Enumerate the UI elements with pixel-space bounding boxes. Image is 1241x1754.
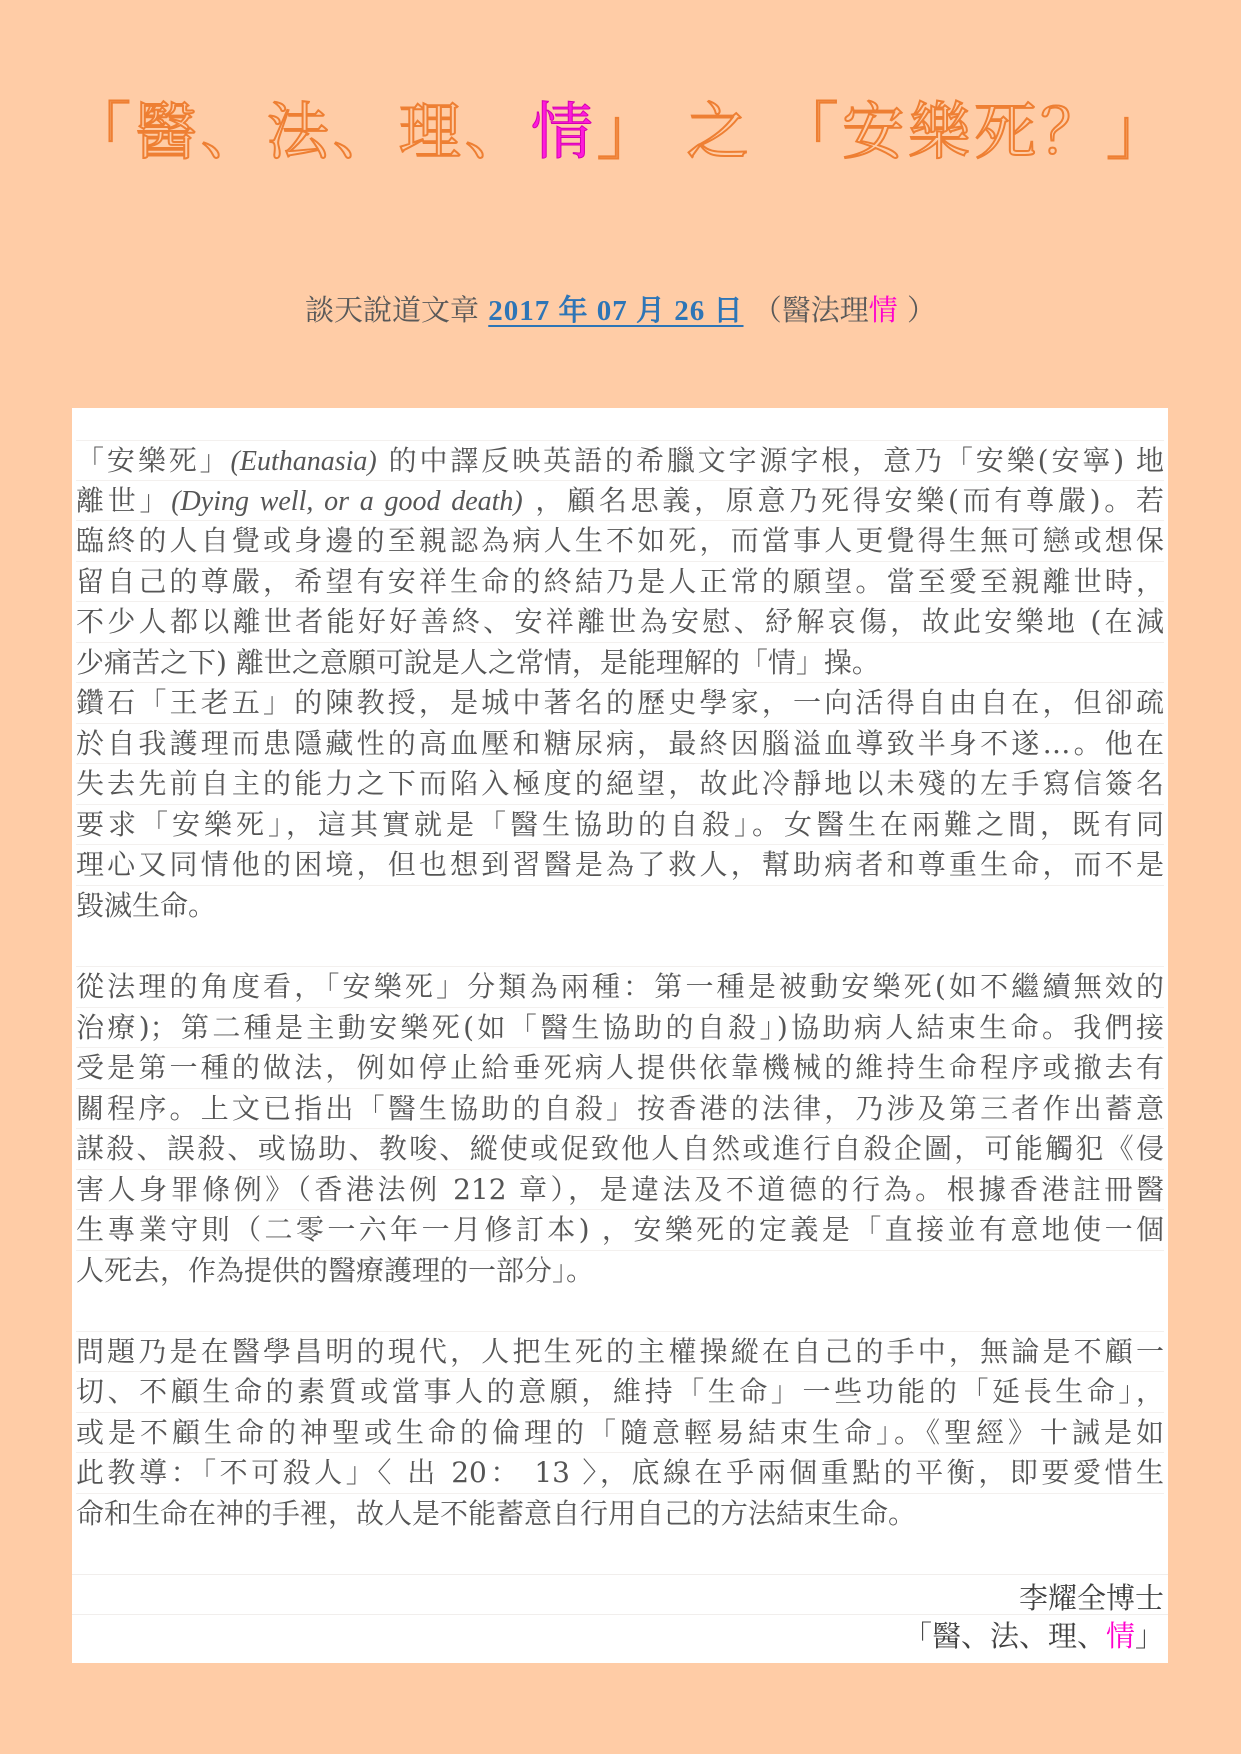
title-open-bracket: 「 [69, 95, 135, 168]
paragraph-3-line: 害人身罪條例》（香港法例 212 章），是違法及不道德的行為。根據香港註冊醫 [76, 1169, 1164, 1209]
paragraph-2-line: 於自我護理而患隱藏性的高血壓和糖尿病，最終因腦溢血導致半身不遂…。他在 [76, 723, 1164, 763]
divider [72, 1614, 1168, 1615]
paragraph-4-line: 或是不顧生命的神聖或生命的倫理的「隨意輕易結束生命」。《聖經》十誡是如 [76, 1412, 1164, 1452]
paragraph-1-line: 臨終的人自覺或身邊的至親認為病人生不如死，而當事人更覺得生無可戀或想保 [76, 520, 1164, 560]
paragraph-3-line: 謀殺、誤殺、或協助、教唆、縱使或促致他人自然或進行自殺企圖，可能觸犯《侵 [76, 1128, 1164, 1168]
paragraph-1-line: 「安樂死」(Euthanasia) 的中譯反映英語的希臘文字源字根，意乃「安樂(… [76, 440, 1164, 480]
paragraph-1-line: 少痛苦之下) 離世之意願可說是人之常情，是能理解的「情」操。 [76, 642, 1164, 682]
paragraph-4-line: 問題乃是在醫學昌明的現代，人把生死的主權操縱在自己的手中，無論是不顧一 [76, 1331, 1164, 1371]
paragraph-3-line: 生專業守則（二零一六年一月修訂本) ，安樂死的定義是「直接並有意地使一個 [76, 1209, 1164, 1249]
paragraph-1-line: 留自己的尊嚴，希望有安祥生命的終結乃是人正常的願望。當至愛至親離世時， [76, 561, 1164, 601]
paragraph-4-line: 切、不顧生命的素質或當事人的意願，維持「生命」一些功能的「延長生命」， [76, 1371, 1164, 1411]
paragraph-3-line: 人死去，作為提供的醫療護理的一部分」。 [76, 1250, 1164, 1290]
title-topic: 「安樂死？」 [776, 95, 1172, 168]
title-separator: 、 [465, 95, 531, 168]
paragraph-1-line: 不少人都以離世者能好好善終、安祥離世為安慰、紓解哀傷，故此安樂地 (在減 [76, 601, 1164, 641]
paragraph-2-line: 毀滅生命。 [76, 885, 1164, 925]
paragraph-1-line: 離世」(Dying well, or a good death) ，顧名思義，原… [76, 480, 1164, 520]
series-tag-highlight: 情 [1106, 1619, 1135, 1653]
article-subtitle: 談天說道文章 2017 年 07 月 26 日 （醫法理情 ） [0, 290, 1241, 331]
title-separator: 、 [201, 95, 267, 168]
paragraph-3-line: 從法理的角度看，「安樂死」分類為兩種：第一種是被動安樂死(如不繼續無效的 [76, 966, 1164, 1006]
paragraph-4-line: 命和生命在神的手裡，故人是不能蓄意自行用自己的方法結束生命。 [76, 1493, 1164, 1533]
paragraph-2-line: 要求「安樂死」，這其實就是「醫生協助的自殺」。女醫生在兩難之間，既有同 [76, 804, 1164, 844]
divider [72, 1574, 1168, 1575]
title-word-reason: 理 [399, 95, 465, 168]
article-title: 「醫、法、理、情」 之 「安樂死？」 [0, 92, 1241, 172]
title-word-medicine: 醫 [135, 95, 201, 168]
title-word-emotion: 情 [531, 95, 597, 168]
series-label-highlight: 情 [869, 293, 898, 327]
paragraph-4-line: 此教導：「不可殺人」〈 出 20： 13 〉，底線在乎兩個重點的平衡，即要愛惜生 [76, 1452, 1164, 1492]
series-label: （醫法理 [744, 293, 869, 327]
title-word-law: 法 [267, 95, 333, 168]
series-tag-close: 」 [1135, 1619, 1164, 1653]
title-separator: 、 [333, 95, 399, 168]
title-connector: 之 [663, 95, 776, 168]
column-name: 談天說道文章 [305, 293, 488, 327]
paragraph-3-line: 受是第一種的做法，例如停止給垂死病人提供依靠機械的維持生命程序或撤去有 [76, 1047, 1164, 1087]
paragraph-3-line: 治療)；第二種是主動安樂死(如「醫生協助的自殺」)協助病人結束生命。我們接 [76, 1007, 1164, 1047]
publish-date-link[interactable]: 2017 年 07 月 26 日 [488, 295, 743, 327]
paragraph-2-line: 鑽石「王老五」的陳教授，是城中著名的歷史學家，一向活得自由自在，但卻疏 [76, 682, 1164, 722]
title-close-bracket: 」 [597, 95, 663, 168]
paragraph-3-line: 關程序。上文已指出「醫生協助的自殺」按香港的法律，乃涉及第三者作出蓄意 [76, 1088, 1164, 1128]
author-name: 李耀全博士 [564, 1578, 1164, 1618]
article-body: 「安樂死」(Euthanasia) 的中譯反映英語的希臘文字源字根，意乃「安樂(… [72, 408, 1168, 1663]
paragraph-2-line: 理心又同情他的困境，但也想到習醫是為了救人，幫助病者和尊重生命，而不是 [76, 844, 1164, 884]
paragraph-2-line: 失去先前自主的能力之下而陷入極度的絕望，故此冷靜地以未殘的左手寫信簽名 [76, 763, 1164, 803]
series-tag-text: 「醫、法、理、 [903, 1619, 1106, 1653]
series-label-close: ） [898, 293, 936, 327]
author-series-tag: 「醫、法、理、情」 [564, 1616, 1164, 1656]
